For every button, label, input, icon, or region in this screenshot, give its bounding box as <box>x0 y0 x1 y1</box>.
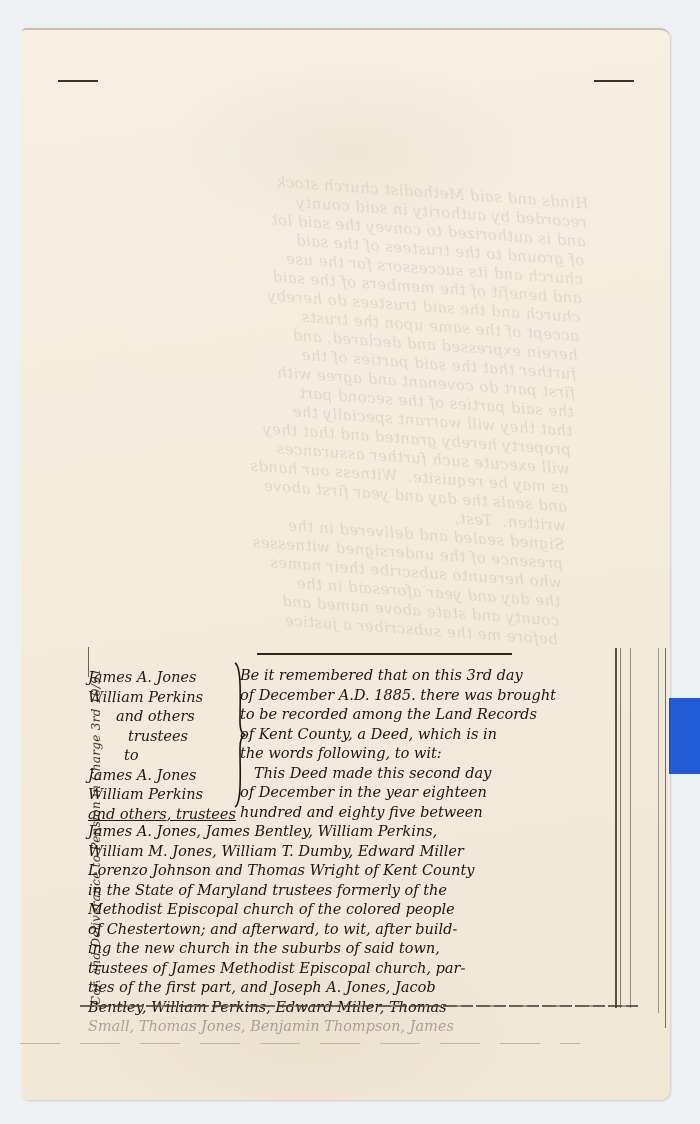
body-line: This Deed made this second day <box>88 765 628 785</box>
faint-rule <box>20 1043 580 1044</box>
body-line: James A. Jones, James Bentley, William P… <box>88 823 628 843</box>
body-line: to be recorded among the Land Records <box>88 706 628 726</box>
body-line: Bentley, William Perkins, Edward Miller,… <box>88 999 628 1019</box>
staple-left <box>58 80 98 82</box>
staple-right <box>594 80 634 82</box>
body-line: in the State of Maryland trustees former… <box>88 882 628 902</box>
deed-body-text: Be it remembered that on this 3rd day of… <box>88 667 628 1038</box>
body-line: of Kent County, a Deed, which is in <box>88 726 628 746</box>
scanned-document: Hinds and said Methodist church stock re… <box>0 0 700 1124</box>
body-line: hundred and eighty five between <box>88 804 628 824</box>
body-line-faint: Small, Thomas Jones, Benjamin Thompson, … <box>88 1018 628 1038</box>
body-line: of December A.D. 1885. there was brought <box>88 687 628 707</box>
bleed-through-text: Hinds and said Methodist church stock re… <box>155 167 589 694</box>
body-line: Be it remembered that on this 3rd day <box>88 667 628 687</box>
bottom-rule <box>80 1005 640 1007</box>
body-line: the words following, to wit: <box>88 745 628 765</box>
heading-rule <box>257 653 512 655</box>
body-line: of Chestertown; and afterward, to wit, a… <box>88 921 628 941</box>
body-line: ing the new church in the suburbs of sai… <box>88 940 628 960</box>
body-line: of December in the year eighteen <box>88 784 628 804</box>
blue-index-tab <box>670 698 700 774</box>
body-line: trustees of James Methodist Episcopal ch… <box>88 960 628 980</box>
body-line: William M. Jones, William T. Dumby, Edwa… <box>88 843 628 863</box>
body-line: ties of the first part, and Joseph A. Jo… <box>88 979 628 999</box>
deed-record-block: Cor. and Deliverance to Pension in Charg… <box>60 645 670 1020</box>
body-line: Methodist Episcopal church of the colore… <box>88 901 628 921</box>
body-line: Lorenzo Johnson and Thomas Wright of Ken… <box>88 862 628 882</box>
